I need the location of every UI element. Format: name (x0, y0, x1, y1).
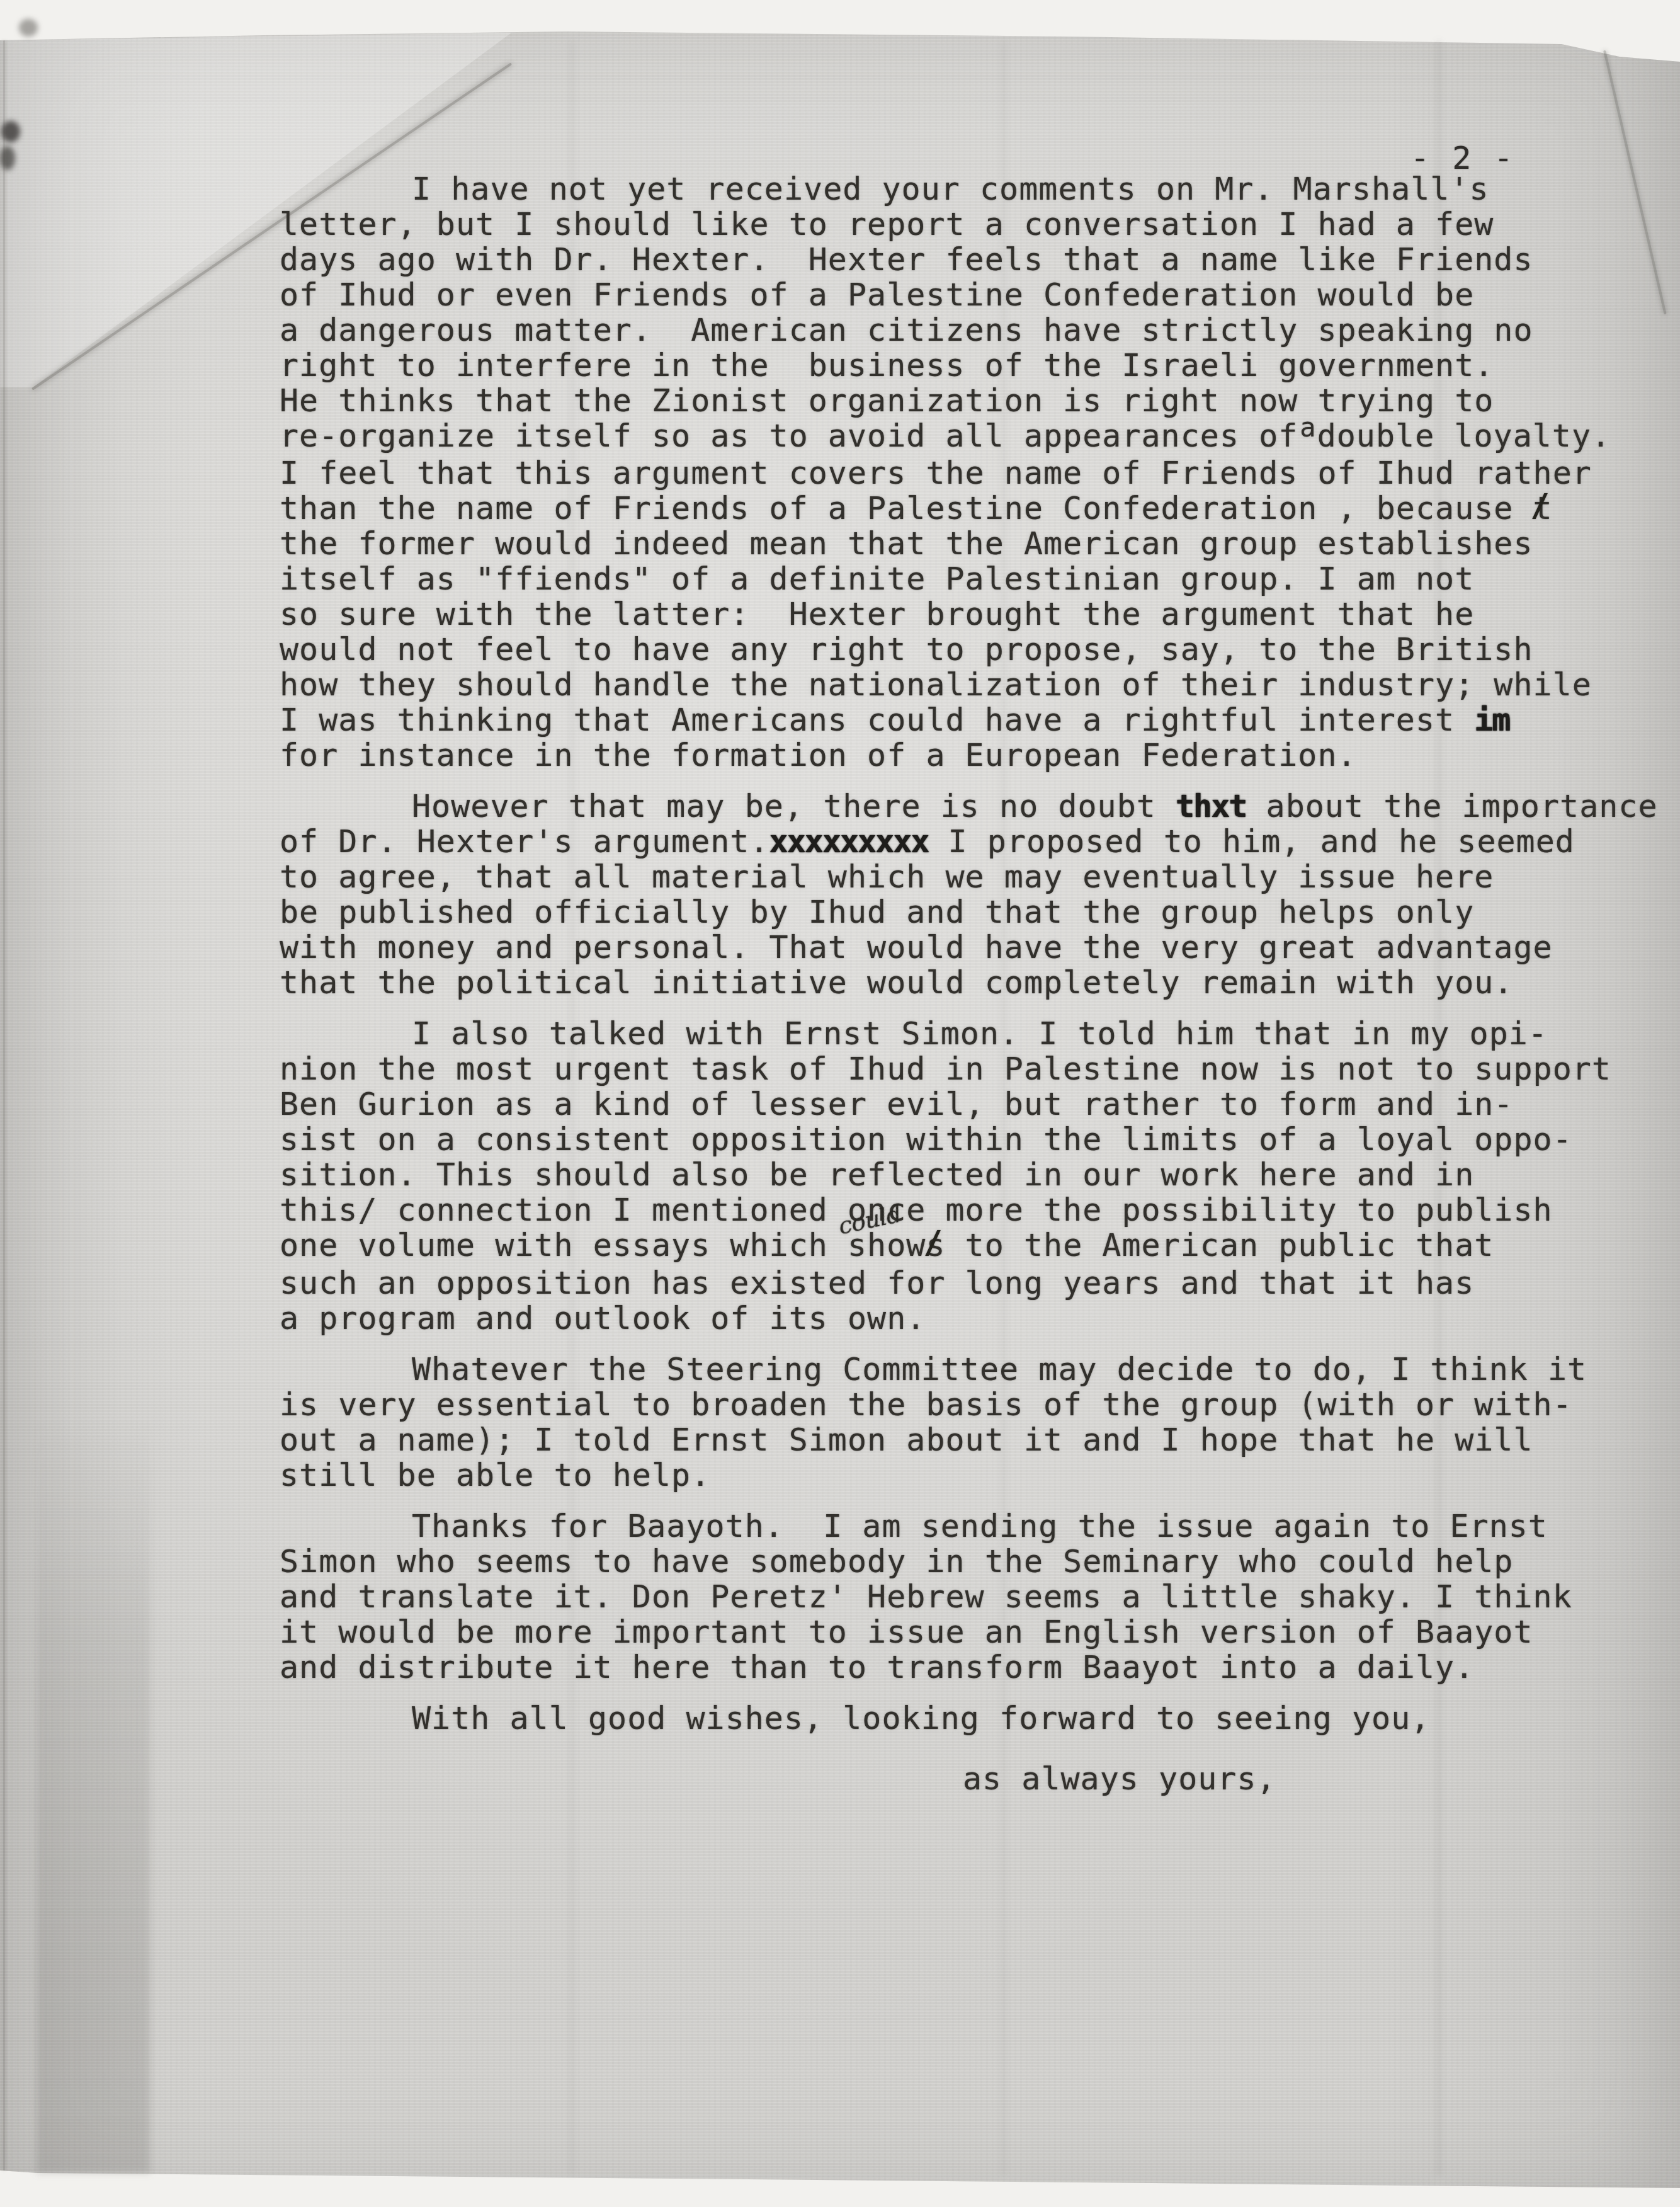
text-line: the former would indeed mean that the Am… (280, 526, 1652, 561)
text-line: with money and personal. That would have… (280, 930, 1652, 965)
text-segment: re-organize itself so as to avoid all ap… (280, 418, 1298, 454)
text-segment: that the political initiative would comp… (280, 964, 1513, 1001)
text-segment: right to interfere in the business of th… (280, 347, 1494, 384)
text-line: a program and outlook of its own. (280, 1301, 1652, 1336)
text-segment: However that may be, there is no doubt (412, 788, 1176, 824)
text-line: as always yours, (280, 1761, 1652, 1796)
text-line: is very essential to broaden the basis o… (280, 1387, 1652, 1422)
text-line: However that may be, there is no doubt t… (280, 789, 1652, 824)
correction-over: thxt (1176, 788, 1246, 824)
left-paper-edge (3, 40, 5, 2170)
ink-smudge (1, 121, 20, 142)
letter-body: I have not yet received your comments on… (280, 171, 1652, 1812)
paragraph: Whatever the Steering Committee may deci… (280, 1352, 1652, 1493)
paragraph: Thanks for Baayoth. I am sending the iss… (280, 1508, 1652, 1685)
text-line: out a name); I told Ernst Simon about it… (280, 1422, 1652, 1457)
text-line: a dangerous matter. American citizens ha… (280, 312, 1652, 348)
text-segment: itself as "ffiends" of a definite Palest… (280, 561, 1474, 597)
text-segment: I was thinking that Americans could have… (280, 702, 1474, 738)
text-segment: sition. This should also be reflected in… (280, 1156, 1474, 1193)
text-line: be published officially by Ihud and that… (280, 894, 1652, 930)
text-segment: nion the most urgent task of Ihud in Pal… (280, 1051, 1611, 1087)
paragraph: I have not yet received your comments on… (280, 171, 1652, 773)
paragraph: I also talked with Ernst Simon. I told h… (280, 1016, 1652, 1336)
text-segment: is very essential to broaden the basis o… (280, 1386, 1572, 1423)
text-line: Ben Gurion as a kind of lesser evil, but… (280, 1086, 1652, 1122)
text-segment: sist on a consistent opposition within t… (280, 1121, 1572, 1158)
paragraph: However that may be, there is no doubt t… (280, 789, 1652, 1000)
text-line: one volume with essays which couldshows … (280, 1228, 1652, 1265)
text-segment: still be able to help. (280, 1457, 710, 1493)
text-segment: about the importance (1246, 788, 1657, 824)
scanned-letter-page: - 2 - I have not yet received your comme… (0, 0, 1680, 2207)
correction-sup: a (1300, 410, 1316, 445)
text-line: With all good wishes, looking forward to… (280, 1701, 1652, 1736)
signoff-line: as always yours, (280, 1761, 1652, 1796)
text-line: sition. This should also be reflected in… (280, 1157, 1652, 1192)
text-segment: such an opposition has existed for long … (280, 1265, 1474, 1301)
text-segment: and translate it. Don Peretz' Hebrew see… (280, 1578, 1572, 1615)
text-line: and distribute it here than to transform… (280, 1650, 1652, 1685)
text-segment: would not feel to have any right to prop… (280, 631, 1533, 668)
text-line: so sure with the latter: Hexter brought … (280, 596, 1652, 632)
text-segment: a program and outlook of its own. (280, 1300, 926, 1337)
text-line: I feel that this argument covers the nam… (280, 455, 1652, 491)
text-segment: Whatever the Steering Committee may deci… (412, 1351, 1587, 1388)
text-line: and translate it. Don Peretz' Hebrew see… (280, 1579, 1652, 1614)
text-segment: one volume with essays which (280, 1227, 848, 1263)
text-segment: than the name of Friends of a Palestine … (280, 490, 1533, 527)
text-segment: letter, but I should like to report a co… (280, 206, 1494, 242)
text-line: Thanks for Baayoth. I am sending the iss… (280, 1508, 1652, 1544)
text-segment: I proposed to him, and he seemed (929, 823, 1575, 860)
text-line: to agree, that all material which we may… (280, 859, 1652, 894)
text-segment: of Dr. Hexter's argument. (280, 823, 769, 860)
text-line: re-organize itself so as to avoid all ap… (280, 418, 1652, 455)
text-segment: it would be more important to issue an E… (280, 1614, 1533, 1650)
text-line: nion the most urgent task of Ihud in Pal… (280, 1051, 1652, 1086)
text-line: I was thinking that Americans could have… (280, 702, 1652, 738)
text-segment: the former would indeed mean that the Am… (280, 525, 1533, 562)
text-segment: for instance in the formation of a Europ… (280, 737, 1357, 773)
text-line: of Ihud or even Friends of a Palestine C… (280, 277, 1652, 312)
text-line: I also talked with Ernst Simon. I told h… (280, 1016, 1652, 1051)
text-segment: Thanks for Baayoth. I am sending the iss… (412, 1508, 1548, 1544)
text-line: still be able to help. (280, 1457, 1652, 1493)
text-line: sist on a consistent opposition within t… (280, 1122, 1652, 1157)
text-line: how they should handle the nationalizati… (280, 667, 1652, 702)
closing-line: With all good wishes, looking forward to… (280, 1701, 1652, 1736)
corner-smudge (19, 19, 38, 37)
bottom-left-fold-shadow (37, 1417, 150, 2173)
text-line: right to interfere in the business of th… (280, 348, 1652, 383)
text-segment: I have not yet received your comments on… (412, 171, 1489, 207)
text-line: it would be more important to issue an E… (280, 1614, 1652, 1650)
text-segment: Simon who seems to have somebody in the … (280, 1543, 1513, 1580)
text-line: for instance in the formation of a Europ… (280, 738, 1652, 773)
text-line: I have not yet received your comments on… (280, 171, 1652, 207)
correction-over: xxxxxxxxx (769, 823, 929, 860)
text-line: such an opposition has existed for long … (280, 1265, 1652, 1301)
text-segment: be published officially by Ihud and that… (280, 894, 1474, 930)
text-segment: out a name); I told Ernst Simon about it… (280, 1422, 1533, 1458)
text-segment: to the American public that (946, 1227, 1494, 1263)
ink-smudge (0, 146, 15, 170)
text-segment: to agree, that all material which we may… (280, 858, 1494, 895)
text-line: itself as "ffiends" of a definite Palest… (280, 561, 1652, 596)
text-line: letter, but I should like to report a co… (280, 207, 1652, 242)
text-segment: days ago with Dr. Hexter. Hexter feels t… (280, 241, 1533, 278)
correction-slashed: s (926, 1227, 945, 1263)
correction-over: im (1474, 702, 1509, 738)
text-segment: and distribute it here than to transform… (280, 1649, 1474, 1685)
text-segment: Ben Gurion as a kind of lesser evil, but… (280, 1086, 1513, 1122)
text-segment: with money and personal. That would have… (280, 929, 1553, 966)
text-segment: I feel that this argument covers the nam… (280, 455, 1592, 491)
text-segment: double loyalty. (1317, 418, 1611, 454)
text-line: Simon who seems to have somebody in the … (280, 1544, 1652, 1579)
text-segment: as always yours, (963, 1760, 1276, 1797)
text-segment: a dangerous matter. American citizens ha… (280, 312, 1533, 348)
text-line: would not feel to have any right to prop… (280, 632, 1652, 667)
text-segment: I also talked with Ernst Simon. I told h… (412, 1015, 1548, 1052)
correction-slashed: t (1533, 490, 1553, 527)
text-line: days ago with Dr. Hexter. Hexter feels t… (280, 242, 1652, 277)
text-line: He thinks that the Zionist organization … (280, 383, 1652, 418)
text-segment: of Ihud or even Friends of a Palestine C… (280, 277, 1474, 313)
text-segment: how they should handle the nationalizati… (280, 666, 1592, 703)
text-line: of Dr. Hexter's argument.xxxxxxxxx I pro… (280, 824, 1652, 859)
text-line: Whatever the Steering Committee may deci… (280, 1352, 1652, 1387)
text-segment: so sure with the latter: Hexter brought … (280, 596, 1474, 632)
text-segment: With all good wishes, looking forward to… (412, 1700, 1430, 1737)
text-segment: this/ connection I mentioned once more t… (280, 1192, 1553, 1228)
text-line: this/ connection I mentioned once more t… (280, 1192, 1652, 1228)
text-line: than the name of Friends of a Palestine … (280, 491, 1652, 526)
text-line: that the political initiative would comp… (280, 965, 1652, 1000)
